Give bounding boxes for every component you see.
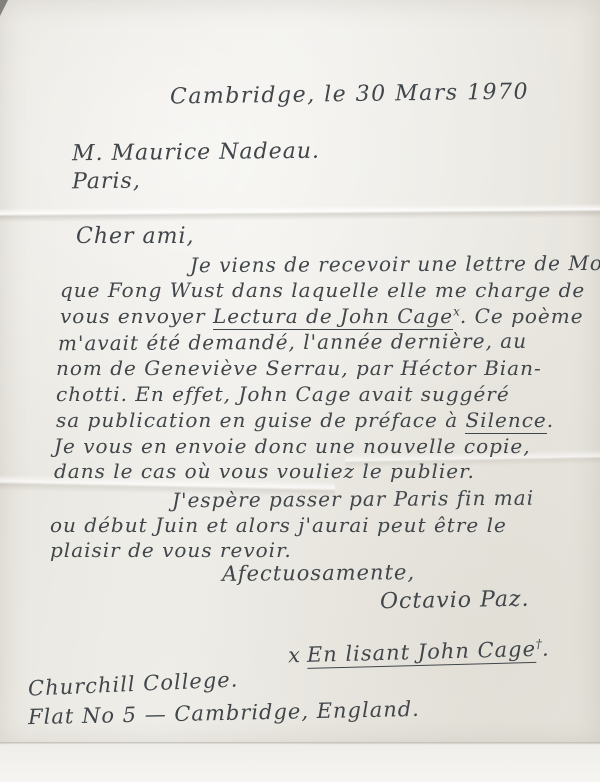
body-line-11: ou début Juin et alors j'aurai peut être… <box>50 513 507 537</box>
letter-paper: Cambridge, le 30 Mars 1970 M. Maurice Na… <box>0 0 600 745</box>
body-line-5: nom de Geneviève Serrau, par Héctor Bian… <box>56 356 542 380</box>
body-line-1: Je viens de recevoir une lettre de Moni- <box>190 251 600 277</box>
body-text: . <box>547 408 554 432</box>
footnote-title-underlined: En lisant John Cage <box>307 637 537 669</box>
salutation: Cher ami, <box>76 224 195 249</box>
fold-crease-top <box>0 204 600 223</box>
body-text: . Ce poème <box>460 304 584 328</box>
body-line-2: que Fong Wust dans laquelle elle me char… <box>60 278 585 302</box>
closing: Afectuosamente, <box>222 560 415 586</box>
body-line-8: Je vous en envoie donc une nouvelle copi… <box>54 434 531 458</box>
sender-address-line-2: Flat No 5 — Cambridge, England. <box>28 697 420 729</box>
body-line-7: sa publication en guise de préface à Sil… <box>56 408 554 432</box>
footnote-marker-sup: x <box>453 304 460 318</box>
scanned-letter-photo: Cambridge, le 30 Mars 1970 M. Maurice Na… <box>0 0 600 782</box>
footnote-marker: x <box>288 643 301 667</box>
body-line-10: J'espère passer par Paris fin mai <box>172 486 534 513</box>
body-line-9: dans le cas où vous vouliez le publier. <box>54 459 475 483</box>
body-text: vous envoyer <box>60 304 213 328</box>
poem-title-underlined: Lectura de John Cage <box>213 304 453 330</box>
scan-corner-shadow <box>0 0 8 16</box>
body-line-4: m'avait été demandé, l'année dernière, a… <box>58 329 527 355</box>
body-line-12: plaisir de vous revoir. <box>50 538 292 562</box>
sender-address-line-1: Churchill College. <box>28 667 239 700</box>
scan-background <box>0 745 600 782</box>
book-title-underlined: Silence <box>465 408 546 434</box>
dateline: Cambridge, le 30 Mars 1970 <box>170 79 529 109</box>
recipient-city: Paris, <box>72 169 141 195</box>
signature: Octavio Paz. <box>380 587 530 615</box>
recipient-name: M. Maurice Nadeau. <box>72 139 320 167</box>
body-line-6: chotti. En effet, John Cage avait suggér… <box>56 382 510 406</box>
body-text: sa publication en guise de préface à <box>56 408 465 432</box>
footnote-period: . <box>542 637 550 661</box>
body-line-3: vous envoyer Lectura de John Cagex. Ce p… <box>60 304 584 328</box>
footnote: xEn lisant John Cage†. <box>288 637 550 668</box>
